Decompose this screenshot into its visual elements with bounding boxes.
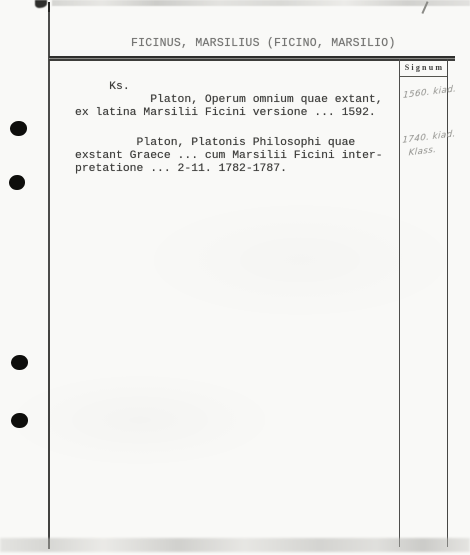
signum-handwritten-mark-1: 1560. kiad. [403, 84, 457, 101]
header-rule [49, 56, 455, 61]
entry-line: Platon, Platonis Philosophi quae [75, 137, 383, 150]
scan-edge-mark [35, 0, 47, 8]
hole-punch-dot [11, 355, 28, 370]
scan-top-smudge [52, 0, 470, 6]
card-heading: FICINUS, MARSILIUS (FICINO, MARSILIO) [131, 37, 396, 50]
entry-line: exstant Graece ... cum Marsilii Ficini i… [75, 150, 383, 163]
scan-bottom-smudge [0, 538, 470, 552]
signum-column: Signum 1560. kiad. 1740. kiad. Klass. [399, 59, 448, 547]
entry-line: Platon, Operum omnium quae extant, [75, 94, 383, 107]
signum-label: Signum [403, 63, 444, 72]
card-left-margin-rule [48, 2, 50, 549]
catalog-entry: Platon, Platonis Philosophi quae exstant… [75, 137, 383, 177]
entry-line: pretatione ... 2-11. 1782-1787. [75, 163, 383, 176]
signum-handwritten-mark-2: 1740. kiad. Klass. [401, 128, 456, 161]
entry-line: ex latina Marsilii Ficini versione ... 1… [75, 107, 383, 120]
hole-punch-dot [9, 175, 25, 190]
signum-header-cell: Signum [400, 59, 447, 77]
catalog-entry: Ks. Platon, Operum omnium quae extant, e… [75, 81, 383, 121]
catalog-card: FICINUS, MARSILIUS (FICINO, MARSILIO) Si… [0, 0, 470, 555]
hole-punch-dot [10, 121, 27, 136]
hole-punch-dot [11, 413, 28, 428]
entry-line: Ks. [75, 81, 383, 94]
